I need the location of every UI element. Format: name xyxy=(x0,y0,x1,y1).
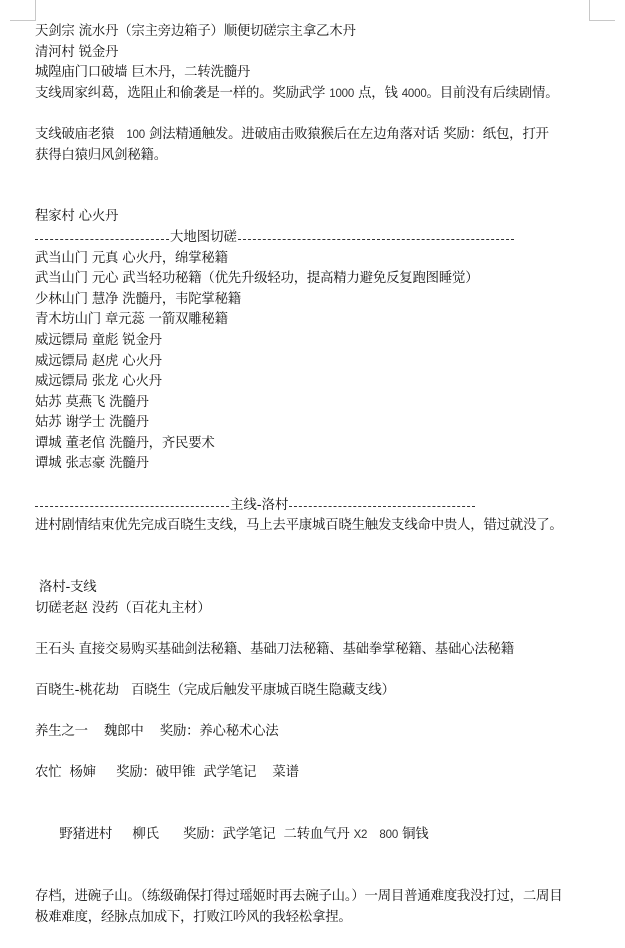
paragraph-qinghecun: 清河村 锐金丹 xyxy=(35,43,605,64)
section-divider-main-luocun: 主线-洛村 xyxy=(35,496,605,517)
empty-line xyxy=(35,187,605,208)
text: 。目前没有后续剧情。 xyxy=(427,86,559,101)
paragraph-chengjiacun: 程家村 心火丹 xyxy=(35,207,605,228)
paragraph-tianjianzong: 天剑宗 流水丹（宗主旁边箱子）顺便切磋宗主拿乙木丹 xyxy=(35,22,605,43)
section-divider-map-duel: 大地图切磋 xyxy=(35,228,605,249)
empty-line xyxy=(35,660,605,681)
text: 剑法精通触发。进破庙击败猿猴后在左边角落对话 奖励：纸包，打开 xyxy=(145,127,549,142)
empty-line xyxy=(35,104,605,125)
document-body: 天剑宗 流水丹（宗主旁边箱子）顺便切磋宗主拿乙木丹 清河村 锐金丹 城隍庙门口破… xyxy=(35,22,605,928)
quantity: X2 xyxy=(354,829,368,841)
paragraph-baixiaosheng: 百晓生-桃花劫 百晓生（完成后触发平康城百晓生隐藏支线） xyxy=(35,681,605,702)
divider-label: 主线-洛村 xyxy=(229,496,289,517)
heading-luocun-sideline: 洛村-支线 xyxy=(35,578,605,599)
paragraph-nongmang: 农忙 杨婶 奖励：破甲锥 武学笔记 菜谱 xyxy=(35,763,605,784)
page-corner-mark-top-right xyxy=(589,0,615,21)
text: 野猪进村 柳氏 奖励：武学笔记 二转血气丹 xyxy=(59,827,353,842)
list-item-map-duel: 威远镖局 张龙 心火丹 xyxy=(35,372,605,393)
dashed-rule xyxy=(35,506,229,507)
empty-line xyxy=(35,866,605,887)
list-item-map-duel: 姑苏 谢学士 洗髓丹 xyxy=(35,413,605,434)
paragraph-closing-continued: 极难难度，经脉点加成下，打败江吟风的我轻松拿捏。 xyxy=(35,908,605,929)
number: 100 xyxy=(126,129,145,141)
paragraph-qiecuo-laozhao: 切磋老赵 没药（百花丸主材） xyxy=(35,599,605,620)
empty-line xyxy=(35,166,605,187)
paragraph-wangshitou: 王石头 直接交易购买基础剑法秘籍、基础刀法秘籍、基础拳掌秘籍、基础心法秘籍 xyxy=(35,640,605,661)
paragraph-yezhu: 野猪进村 柳氏 奖励：武学笔记 二转血气丹 X2 800 铜钱 xyxy=(35,805,605,826)
list-item-map-duel: 姑苏 莫燕飞 洗髓丹 xyxy=(35,393,605,414)
list-item-map-duel: 武当山门 元心 武当轻功秘籍（优先升级轻功，提高精力避免反复跑图睡觉） xyxy=(35,269,605,290)
list-item-map-duel: 威远镖局 童彪 锐金丹 xyxy=(35,331,605,352)
spacer xyxy=(367,827,379,842)
paragraph-yangsheng: 养生之一 魏郎中 奖励：养心秘术心法 xyxy=(35,722,605,743)
dashed-rule xyxy=(238,239,514,240)
text: 支线周家纠葛，选阻止和偷袭是一样的。奖励武学 xyxy=(35,86,329,101)
empty-line xyxy=(35,537,605,558)
document-page: 天剑宗 流水丹（宗主旁边箱子）顺便切磋宗主拿乙木丹 清河村 锐金丹 城隍庙门口破… xyxy=(0,0,625,948)
list-item-map-duel: 谭城 董老倌 洗髓丹，齐民要术 xyxy=(35,434,605,455)
empty-line xyxy=(35,619,605,640)
list-item-map-duel: 青木坊山门 章元蕊 一箭双雕秘籍 xyxy=(35,310,605,331)
text: 铜钱 xyxy=(398,827,428,842)
empty-line xyxy=(35,702,605,723)
list-item-map-duel: 武当山门 元真 心火丹，绵掌秘籍 xyxy=(35,249,605,270)
text: 支线破庙老猿 xyxy=(35,127,126,142)
number: 1000 xyxy=(329,88,354,100)
list-item-map-duel: 威远镖局 赵虎 心火丹 xyxy=(35,352,605,373)
empty-line xyxy=(35,743,605,764)
paragraph-closing: 存档，进碗子山。（练级确保打得过瑶姬时再去碗子山。）一周目普通难度我没打过，二周… xyxy=(35,887,605,908)
empty-line xyxy=(35,784,605,805)
list-item-map-duel: 谭城 张志豪 洗髓丹 xyxy=(35,454,605,475)
page-corner-mark-top-left xyxy=(10,0,36,21)
empty-line xyxy=(35,557,605,578)
text: 点，钱 xyxy=(354,86,402,101)
dashed-rule xyxy=(289,506,475,507)
list-item-map-duel: 少林山门 慧净 洗髓丹，韦陀掌秘籍 xyxy=(35,290,605,311)
number: 800 xyxy=(379,829,398,841)
empty-line xyxy=(35,846,605,867)
empty-line xyxy=(35,475,605,496)
paragraph-pomiao-sideline: 支线破庙老猿 100 剑法精通触发。进破庙击败猿猴后在左边角落对话 奖励：纸包，… xyxy=(35,125,605,146)
number: 4000 xyxy=(402,88,427,100)
paragraph-chenghuangmiao: 城隍庙门口破墙 巨木丹，二转洗髓丹 xyxy=(35,63,605,84)
paragraph-pomiao-continued: 获得白猿归风剑秘籍。 xyxy=(35,146,605,167)
divider-label: 大地图切磋 xyxy=(169,228,238,249)
paragraph-main-note: 进村剧情结束优先完成百晓生支线，马上去平康城百晓生触发支线命中贵人，错过就没了。 xyxy=(35,516,605,537)
paragraph-zhoujia-sideline: 支线周家纠葛，选阻止和偷袭是一样的。奖励武学 1000 点，钱 4000。目前没… xyxy=(35,84,605,105)
dashed-rule xyxy=(35,239,169,240)
